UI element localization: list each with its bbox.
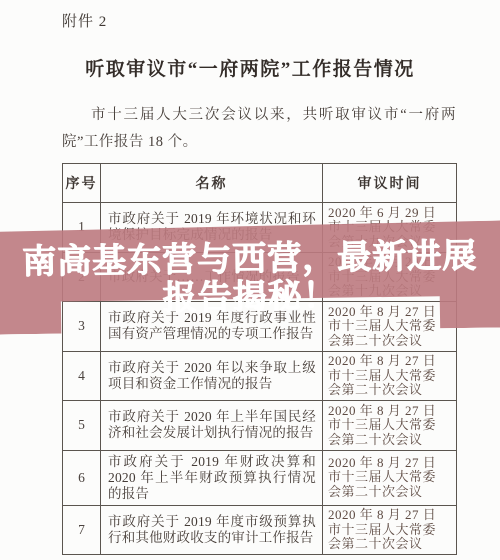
table-header-row: 序号 名称 审议时间 — [63, 164, 457, 203]
header-report-name: 名称 — [101, 164, 323, 203]
review-time-cell: 2020 年 6 月 29 日 市十三届人大常委 会第十九次会议 — [323, 252, 457, 302]
row-number-cell: 4 — [63, 351, 101, 401]
review-time-cell: 2020 年 8 月 27 日 市十三届人大常委 会第二十次会议 — [323, 302, 457, 352]
review-time-cell: 2020 年 8 月 27 日 市十三届人大常委 会第二十次会议 — [323, 351, 457, 401]
document-page: 附件 2 听取审议市“一府两院”工作报告情况 市十三届人大三次会议以来，共听取审… — [0, 0, 500, 560]
report-name-cell: 市政府关于 2019 年度行政事业性国有资产管理情况的专项工作报告 — [101, 302, 323, 352]
header-review-time: 审议时间 — [323, 164, 457, 203]
report-table-body: 1 市政府关于 2019 年环境状况和环境保护目标完成情况的报告 2020 年 … — [63, 203, 457, 555]
report-name-cell: 市政府关于 2019 年度市级预算执行和其他财政收支的审计工作报告 — [101, 505, 323, 555]
report-table: 序号 名称 审议时间 1 市政府关于 2019 年环境状况和环境保护目标完成情况… — [62, 163, 457, 555]
row-number-cell: 7 — [63, 505, 101, 555]
table-row: 5 市政府关于 2020 年上半年国民经济和社会发展计划执行情况的报告 2020… — [63, 401, 457, 451]
header-serial-number: 序号 — [63, 164, 101, 203]
table-row: 6 市政府关于 2019 年财政决算和 2020 年上半年财政预算执行情况的报告… — [63, 450, 457, 505]
page-title: 听取审议市“一府两院”工作报告情况 — [0, 54, 500, 81]
review-time-cell: 2020 年 8 月 27 日 市十三届人大常委 会第二十次会议 — [323, 450, 457, 505]
report-name-cell: 市政府关于……工作情况的报告 — [101, 252, 323, 302]
row-number-cell: 2 — [63, 252, 101, 302]
report-name-cell: 市政府关于 2020 年以来争取上级项目和资金工作情况的报告 — [101, 351, 323, 401]
review-time-cell: 2020 年 8 月 27 日 市十三届人大常委 会第二十次会议 — [323, 505, 457, 555]
review-time-cell: 2020 年 6 月 29 日 市十三届人大常委 会第十九次会议 — [323, 203, 457, 253]
review-time-cell: 2020 年 8 月 27 日 市十三届人大常委 会第二十次会议 — [323, 401, 457, 451]
table-row: 1 市政府关于 2019 年环境状况和环境保护目标完成情况的报告 2020 年 … — [63, 203, 457, 253]
row-number-cell: 1 — [63, 203, 101, 253]
row-number-cell: 3 — [63, 302, 101, 352]
report-name-cell: 市政府关于 2019 年环境状况和环境保护目标完成情况的报告 — [101, 203, 323, 253]
table-row: 3 市政府关于 2019 年度行政事业性国有资产管理情况的专项工作报告 2020… — [63, 302, 457, 352]
intro-paragraph: 市十三届人大三次会议以来，共听取审议市“一府两院”工作报告 18 个。 — [62, 102, 456, 156]
table-row: 2 市政府关于……工作情况的报告 2020 年 6 月 29 日 市十三届人大常… — [63, 252, 457, 302]
attachment-label: 附件 2 — [62, 10, 107, 31]
row-number-cell: 5 — [63, 401, 101, 451]
report-name-cell: 市政府关于 2019 年财政决算和 2020 年上半年财政预算执行情况的报告 — [101, 450, 323, 505]
table-row: 4 市政府关于 2020 年以来争取上级项目和资金工作情况的报告 2020 年 … — [63, 351, 457, 401]
row-number-cell: 6 — [63, 450, 101, 505]
report-name-cell: 市政府关于 2020 年上半年国民经济和社会发展计划执行情况的报告 — [101, 401, 323, 451]
table-row: 7 市政府关于 2019 年度市级预算执行和其他财政收支的审计工作报告 2020… — [63, 505, 457, 555]
